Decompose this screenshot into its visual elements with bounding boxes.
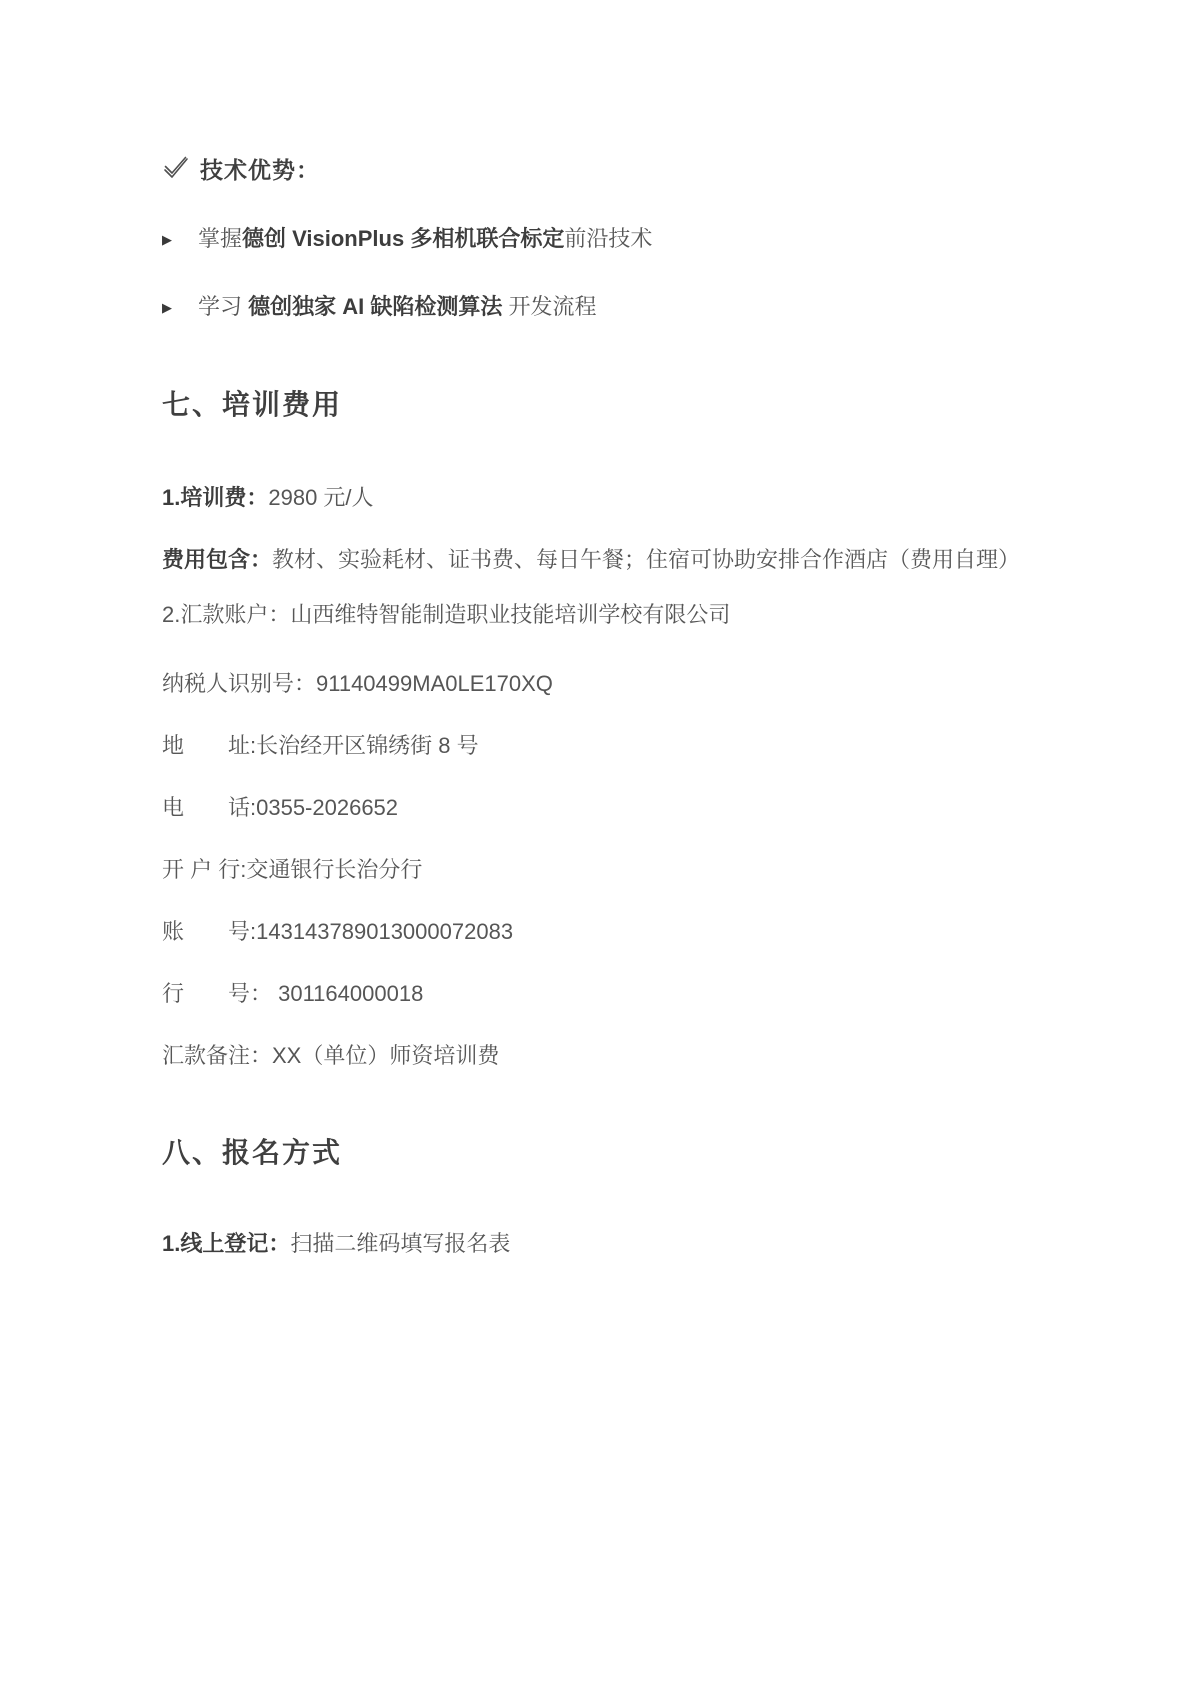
section-heading-fees: 七、培训费用: [162, 383, 1032, 423]
bullet-1-post: 前沿技术: [564, 226, 652, 251]
double-check-icon: [162, 156, 190, 182]
triangle-bullet-icon: ▶: [162, 232, 172, 248]
bullet-2-bold: 德创独家 AI 缺陷检测算法: [248, 294, 502, 319]
account-number-line: 账 号:143143789013000072083: [162, 919, 1032, 945]
phone-line: 电 话:0355-2026652: [162, 795, 1032, 821]
address-line: 地 址:长治经开区锦绣街 8 号: [162, 733, 1032, 759]
tech-bullet-2: ▶ 学习 德创独家 AI 缺陷检测算法 开发流程: [162, 290, 1032, 321]
document-content: 技术优势： ▶ 掌握德创 VisionPlus 多相机联合标定前沿技术 ▶ 学习…: [0, 0, 1190, 1258]
remittance-note-line: 汇款备注：XX（单位）师资培训费: [162, 1043, 1032, 1069]
triangle-bullet-icon: ▶: [162, 300, 172, 316]
remittance-account-line: 2.汇款账户：山西维特智能制造职业技能培训学校有限公司: [162, 598, 1032, 629]
fee-amount-value: 2980 元/人: [268, 485, 373, 510]
bank-code-line: 行 号： 301164000018: [162, 981, 1032, 1007]
fee-amount-line: 1.培训费：2980 元/人: [162, 481, 1032, 512]
online-registration-line: 1.线上登记：扫描二维码填写报名表: [162, 1227, 1032, 1258]
online-registration-label: 1.线上登记：: [162, 1231, 290, 1256]
tech-advantages-title: 技术优势：: [162, 152, 1032, 185]
document-page: 技术优势： ▶ 掌握德创 VisionPlus 多相机联合标定前沿技术 ▶ 学习…: [0, 0, 1190, 1683]
bank-name-line: 开 户 行:交通银行长治分行: [162, 857, 1032, 883]
taxpayer-id-line: 纳税人识别号：91140499MA0LE170XQ: [162, 671, 1032, 697]
bullet-2-post: 开发流程: [502, 294, 596, 319]
tech-bullet-2-text: 学习 德创独家 AI 缺陷检测算法 开发流程: [198, 290, 596, 321]
bullet-1-pre: 掌握: [198, 226, 242, 251]
bullet-2-pre: 学习: [198, 294, 248, 319]
tech-advantages-title-text: 技术优势：: [200, 152, 320, 185]
tech-bullet-1-text: 掌握德创 VisionPlus 多相机联合标定前沿技术: [198, 222, 652, 253]
tech-bullet-1: ▶ 掌握德创 VisionPlus 多相机联合标定前沿技术: [162, 222, 1032, 253]
fee-amount-label: 1.培训费：: [162, 485, 268, 510]
fee-includes-value: 教材、实验耗材、证书费、每日午餐；住宿可协助安排合作酒店（费用自理）: [272, 547, 1020, 572]
fee-includes-line: 费用包含：教材、实验耗材、证书费、每日午餐；住宿可协助安排合作酒店（费用自理）: [162, 538, 1032, 582]
bullet-1-bold: 德创 VisionPlus 多相机联合标定: [242, 226, 564, 251]
online-registration-value: 扫描二维码填写报名表: [290, 1231, 510, 1256]
fee-includes-label: 费用包含：: [162, 547, 272, 572]
section-heading-signup: 八、报名方式: [162, 1131, 1032, 1171]
